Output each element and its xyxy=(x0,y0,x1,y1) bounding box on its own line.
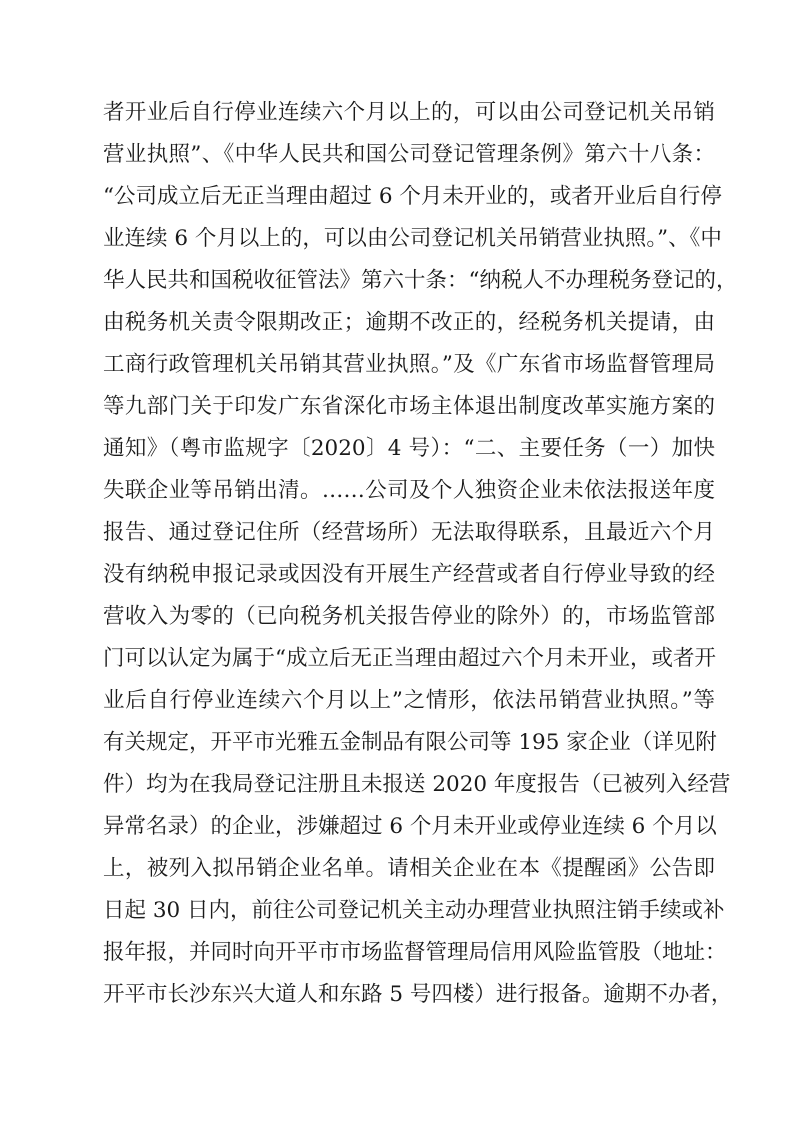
text-line: 工商行政管理机关吊销其营业执照。”及《广东省市场监督管理局 xyxy=(103,344,715,386)
text-line: 报年报，并同时向开平市市场监督管理局信用风险监管股（地址： xyxy=(103,932,715,974)
text-line: 者开业后自行停业连续六个月以上的，可以由公司登记机关吊销 xyxy=(103,92,715,134)
text-line: 报告、通过登记住所（经营场所）无法取得联系，且最近六个月 xyxy=(103,512,715,554)
document-page: 者开业后自行停业连续六个月以上的，可以由公司登记机关吊销 营业执照”、《中华人民… xyxy=(0,0,800,1132)
text-line: 件）均为在我局登记注册且未报送 2020 年度报告（已被列入经营 xyxy=(103,764,715,806)
text-line: 由税务机关责令限期改正；逾期不改正的，经税务机关提请，由 xyxy=(103,302,715,344)
text-line: 异常名录）的企业，涉嫌超过 6 个月未开业或停业连续 6 个月以 xyxy=(103,806,715,848)
text-line: 没有纳税申报记录或因没有开展生产经营或者自行停业导致的经 xyxy=(103,554,715,596)
text-line: 营业执照”、《中华人民共和国公司登记管理条例》第六十八条： xyxy=(103,134,715,176)
text-line: 日起 30 日内，前往公司登记机关主动办理营业执照注销手续或补 xyxy=(103,890,715,932)
text-line: “公司成立后无正当理由超过 6 个月未开业的，或者开业后自行停 xyxy=(103,176,715,218)
text-line: 上，被列入拟吊销企业名单。请相关企业在本《提醒函》公告即 xyxy=(103,848,715,890)
body-paragraph: 者开业后自行停业连续六个月以上的，可以由公司登记机关吊销 营业执照”、《中华人民… xyxy=(103,92,715,1016)
text-line: 华人民共和国税收征管法》第六十条：“纳税人不办理税务登记的， xyxy=(103,260,715,302)
text-line: 通知》（粤市监规字〔2020〕4 号）：“二、主要任务（一）加快 xyxy=(103,428,715,470)
text-line: 等九部门关于印发广东省深化市场主体退出制度改革实施方案的 xyxy=(103,386,715,428)
text-line: 开平市长沙东兴大道人和东路 5 号四楼）进行报备。逾期不办者， xyxy=(103,974,715,1016)
text-line: 失联企业等吊销出清。……公司及个人独资企业未依法报送年度 xyxy=(103,470,715,512)
text-line: 有关规定，开平市光雅五金制品有限公司等 195 家企业（详见附 xyxy=(103,722,715,764)
text-line: 门可以认定为属于“成立后无正当理由超过六个月未开业，或者开 xyxy=(103,638,715,680)
text-line: 业连续 6 个月以上的，可以由公司登记机关吊销营业执照。”、《中 xyxy=(103,218,715,260)
text-line: 营收入为零的（已向税务机关报告停业的除外）的，市场监管部 xyxy=(103,596,715,638)
text-line: 业后自行停业连续六个月以上”之情形，依法吊销营业执照。”等 xyxy=(103,680,715,722)
